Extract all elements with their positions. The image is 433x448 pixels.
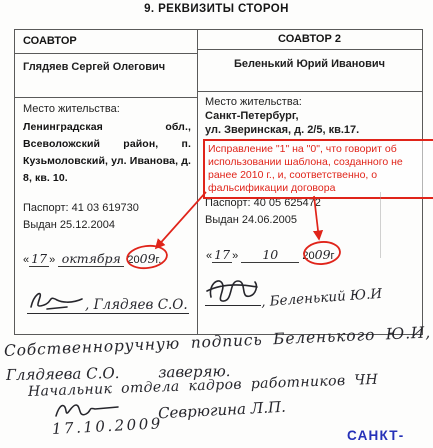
left-signature-scribble [27,287,85,313]
left-header-rule [15,53,197,54]
right-header-rule [197,49,422,50]
left-date-month: октября [58,251,124,267]
right-signature-row: , Беленький Ю.И [205,276,382,306]
left-date-line: «17» октября 2009г. [23,251,161,267]
right-address-line2: ул. Зверинская, д. 2/5, кв.17. [205,124,359,137]
right-residence-label: Место жительства: [205,96,302,109]
right-date-line: «17» 10 2009г [206,247,335,263]
notary-signature-name: Севрюгина Л.П. [158,398,287,423]
right-date-century: 20 [302,250,314,262]
left-party-name: Глядяев Сергей Олегович [23,61,165,74]
left-residence-label: Место жительства: [23,103,120,116]
right-signature-scribble [205,275,261,305]
left-date-century: 20 [127,254,139,266]
left-passport-number: Паспорт: 41 03 619730 [23,202,139,215]
right-date-day: 17 [212,247,232,263]
right-address-line1: Санкт-Петербург, [205,110,299,123]
notary-stamp-text: САНКТ- [347,428,404,443]
column-divider [197,30,198,334]
page-title: 9. РЕКВИЗИТЫ СТОРОН [0,3,433,15]
left-signature-caption: , Глядяев С.О. [85,297,188,313]
right-date-close-quote: » [232,250,238,262]
left-signature-row: , Глядяев С.О. [27,283,189,314]
right-section-rule [197,91,422,92]
left-date-day: 17 [29,251,49,267]
left-residence-address: Ленинградская обл., Всеволожский район, … [23,119,191,187]
left-party-header: СОАВТОР [23,35,77,47]
left-date-suffix: г. [156,254,162,266]
right-signature-underline [205,275,261,306]
left-section-rule [15,97,197,98]
left-date-year-circled: 09 [140,251,156,266]
right-passport-issued: Выдан 24.06.2005 [205,214,297,227]
scanned-contract-page: 9. РЕКВИЗИТЫ СТОРОН СОАВТОР Глядяев Серг… [0,0,433,448]
right-party-header: СОАВТОР 2 [197,33,422,45]
right-date-month: 10 [241,247,299,263]
right-date-suffix: г [331,250,335,262]
scan-artifact-line [380,192,381,258]
left-date-close-quote: » [49,254,55,266]
left-passport-issued: Выдан 25.12.2004 [23,219,115,232]
right-date-year-circled: 09 [315,247,331,262]
right-party-name: Беленький Юрий Иванович [197,58,422,71]
annotation-box: Исправление "1" на "0", что говорит об и… [203,139,433,199]
right-signature-caption: , Беленький Ю.И [261,286,383,310]
